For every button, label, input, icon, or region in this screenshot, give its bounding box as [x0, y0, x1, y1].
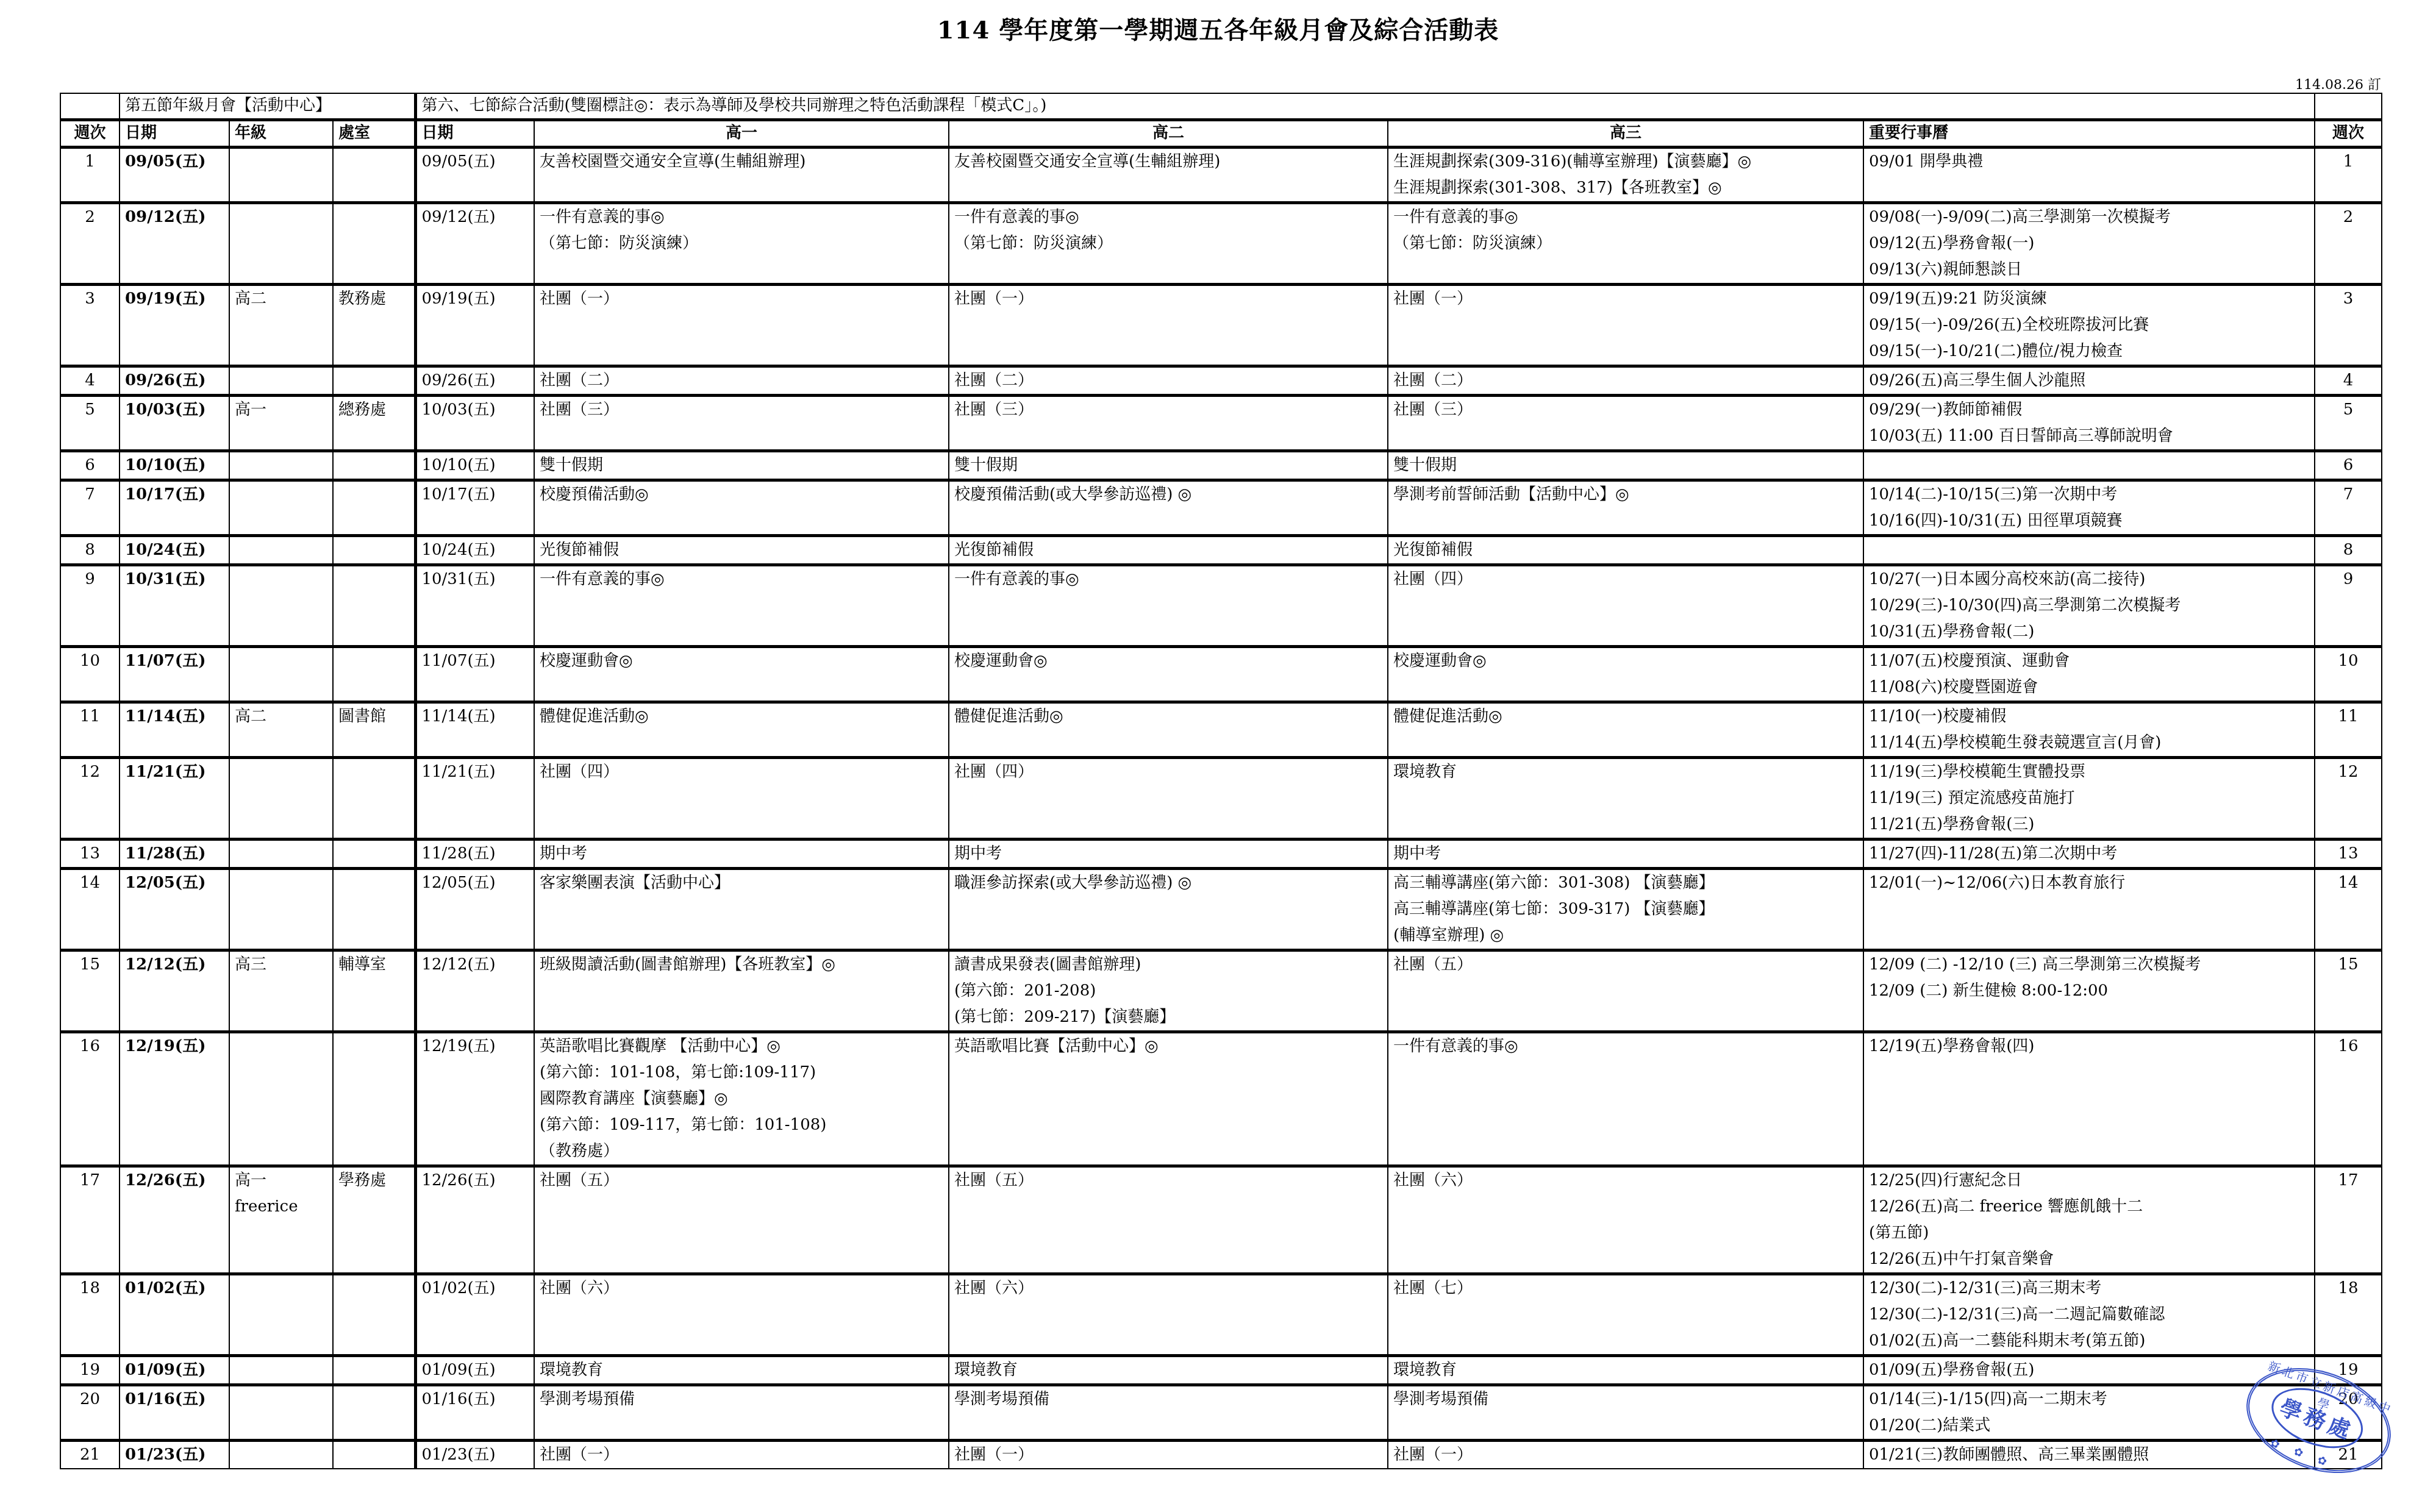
cell-grade [229, 366, 333, 396]
cell-grade10: 社團（五） [534, 1166, 949, 1274]
cell-grade11: 社團（六） [949, 1274, 1388, 1356]
cell-office [333, 366, 415, 396]
cell-grade10: 英語歌唱比賽觀摩 【活動中心】◎(第六節：101-108，第七節:109-117… [534, 1032, 949, 1166]
cell-date2: 10/17(五) [415, 480, 534, 536]
cell-grade [229, 480, 333, 536]
cell-grade12: 體健促進活動◎ [1388, 702, 1863, 758]
cell-grade10-line: （第七節：防災演練） [540, 230, 943, 257]
cell-week: 18 [60, 1274, 120, 1356]
cell-grade10: 期中考 [534, 840, 949, 869]
cell-grade11-line: 社團（二） [954, 368, 1382, 394]
cell-week: 13 [60, 840, 120, 869]
cell-grade10: 一件有意義的事◎ [534, 565, 949, 647]
cell-date2: 01/23(五) [415, 1441, 534, 1469]
cell-grade11: 社團（四） [949, 758, 1388, 840]
cell-week: 20 [60, 1385, 120, 1441]
cell-grade [229, 1356, 333, 1385]
cell-grade10-line: 客家樂團表演【活動中心】 [540, 870, 943, 896]
cell-events-line: (第五節) [1869, 1220, 2309, 1246]
cell-grade10-line: 國際教育講座【演藝廳】◎ [540, 1086, 943, 1112]
cell-grade12-line: 雙十假期 [1393, 452, 1858, 479]
cell-grade12-line: 生涯規劃探索(301-308、317)【各班教室】◎ [1393, 175, 1858, 201]
cell-grade11: 期中考 [949, 840, 1388, 869]
cell-grade10-line: 一件有意義的事◎ [540, 204, 943, 230]
cell-events: 11/10(一)校慶補假11/14(五)學校模範生發表競選宣言(月會) [1863, 702, 2315, 758]
cell-grade11: 英語歌唱比賽【活動中心】◎ [949, 1032, 1388, 1166]
cell-grade: 高一freerice [229, 1166, 333, 1274]
cell-week2: 14 [2315, 869, 2382, 950]
cell-grade12: 光復節補假 [1388, 536, 1863, 565]
cell-week: 16 [60, 1032, 120, 1166]
cell-week: 3 [60, 285, 120, 366]
cell-grade11: 一件有意義的事◎（第七節：防災演練） [949, 203, 1388, 285]
cell-grade10-line: 光復節補假 [540, 537, 943, 563]
cell-week: 9 [60, 565, 120, 647]
cell-grade11-line: （第七節：防災演練） [954, 230, 1382, 257]
cell-week: 12 [60, 758, 120, 840]
cell-grade12-line: 期中考 [1393, 841, 1858, 867]
cell-grade12: 校慶運動會◎ [1388, 647, 1863, 702]
cell-grade12: 社團（一） [1388, 285, 1863, 366]
col-date: 日期 [120, 120, 229, 148]
column-header-row: 週次 日期 年級 處室 日期 高一 高二 高三 重要行事曆 週次 [60, 120, 2382, 148]
cell-week: 11 [60, 702, 120, 758]
cell-grade10: 社團（三） [534, 396, 949, 451]
cell-grade11-line: 社團（六） [954, 1275, 1382, 1302]
cell-events-line: 11/07(五)校慶預演、運動會 [1869, 648, 2309, 674]
cell-grade12-line: 社團（一） [1393, 1442, 1858, 1468]
cell-grade12: 社團（四） [1388, 565, 1863, 647]
cell-office [333, 840, 415, 869]
cell-events-line: 10/31(五)學務會報(二) [1869, 619, 2309, 645]
cell-office [333, 148, 415, 203]
cell-events-line: 12/26(五)高二 freerice 響應飢餓十二 [1869, 1194, 2309, 1220]
cell-grade11: 校慶預備活動(或大學參訪巡禮) ◎ [949, 480, 1388, 536]
cell-week2: 18 [2315, 1274, 2382, 1356]
cell-grade10: 雙十假期 [534, 451, 949, 480]
cell-grade10-line: 社團（一） [540, 1442, 943, 1468]
cell-grade12-line: 社團（六） [1393, 1168, 1858, 1194]
cell-date2: 12/12(五) [415, 950, 534, 1032]
revision-date: 114.08.26 訂 [2295, 74, 2381, 93]
cell-office [333, 1356, 415, 1385]
cell-week: 6 [60, 451, 120, 480]
cell-grade12: 環境教育 [1388, 758, 1863, 840]
cell-grade10: 環境教育 [534, 1356, 949, 1385]
cell-grade10-line: 社團（三） [540, 397, 943, 423]
cell-date: 12/12(五) [120, 950, 229, 1032]
cell-events-line: 10/14(二)-10/15(三)第一次期中考 [1869, 482, 2309, 508]
cell-grade10-line: (第六節：109-117，第七節：101-108) [540, 1112, 943, 1138]
cell-events: 11/19(三)學校模範生實體投票11/19(三) 預定流感疫苗施打11/21(… [1863, 758, 2315, 840]
cell-grade10-line: (第六節：101-108，第七節:109-117) [540, 1060, 943, 1086]
cell-date: 01/09(五) [120, 1356, 229, 1385]
cell-grade10: 光復節補假 [534, 536, 949, 565]
document-title: 114 學年度第一學期週五各年級月會及綜合活動表 [0, 11, 2436, 46]
cell-grade10-line: 體健促進活動◎ [540, 704, 943, 730]
cell-events: 12/09 (二) -12/10 (三) 高三學測第三次模擬考12/09 (二)… [1863, 950, 2315, 1032]
table-row: 710/17(五)10/17(五)校慶預備活動◎校慶預備活動(或大學參訪巡禮) … [60, 480, 2382, 536]
cell-grade10-line: 社團（一） [540, 286, 943, 312]
cell-grade11-line: 校慶運動會◎ [954, 648, 1382, 674]
cell-grade12-line: 學測考場預備 [1393, 1386, 1858, 1413]
cell-grade11-line: 友善校園暨交通安全宣導(生輔組辦理) [954, 149, 1382, 175]
cell-events: 09/29(一)教師節補假10/03(五) 11:00 百日誓師高三導師說明會 [1863, 396, 2315, 451]
cell-events: 01/21(三)教師團體照、高三畢業團體照 [1863, 1441, 2315, 1469]
cell-week2: 12 [2315, 758, 2382, 840]
cell-grade-line: 高一 [235, 397, 327, 423]
cell-date2: 09/19(五) [415, 285, 534, 366]
cell-grade-line: 高二 [235, 704, 327, 730]
cell-office [333, 647, 415, 702]
table-row: 1111/14(五)高二圖書館11/14(五)體健促進活動◎體健促進活動◎體健促… [60, 702, 2382, 758]
cell-grade: 高二 [229, 702, 333, 758]
cell-week2: 9 [2315, 565, 2382, 647]
cell-events-line: 11/10(一)校慶補假 [1869, 704, 2309, 730]
cell-week: 19 [60, 1356, 120, 1385]
cell-grade10-line: 社團（六） [540, 1275, 943, 1302]
cell-grade10-line: 一件有意義的事◎ [540, 566, 943, 593]
table-row: 309/19(五)高二教務處09/19(五)社團（一）社團（一）社團（一）09/… [60, 285, 2382, 366]
cell-grade11-line: 社團（三） [954, 397, 1382, 423]
cell-events-line: 09/19(五)9:21 防災演練 [1869, 286, 2309, 312]
cell-week2: 15 [2315, 950, 2382, 1032]
cell-grade12: 社團（七） [1388, 1274, 1863, 1356]
cell-date: 10/17(五) [120, 480, 229, 536]
cell-grade10: 班級閱讀活動(圖書館辦理)【各班教室】◎ [534, 950, 949, 1032]
cell-grade11-line: 光復節補假 [954, 537, 1382, 563]
cell-office [333, 1385, 415, 1441]
cell-grade12: 社團（二） [1388, 366, 1863, 396]
cell-grade12-line: （第七節：防災演練） [1393, 230, 1858, 257]
cell-events-line: 09/15(一)-09/26(五)全校班際拔河比賽 [1869, 312, 2309, 338]
cell-events-line: 09/01 開學典禮 [1869, 149, 2309, 175]
cell-week: 14 [60, 869, 120, 950]
table-row: 1412/05(五)12/05(五)客家樂團表演【活動中心】職涯參訪探索(或大學… [60, 869, 2382, 950]
cell-date2: 10/10(五) [415, 451, 534, 480]
cell-events-line: 01/02(五)高一二藝能科期末考(第五節) [1869, 1328, 2309, 1354]
cell-week2: 11 [2315, 702, 2382, 758]
cell-week: 15 [60, 950, 120, 1032]
cell-grade [229, 869, 333, 950]
cell-grade12: 一件有意義的事◎ [1388, 1032, 1863, 1166]
cell-grade [229, 1032, 333, 1166]
cell-date2: 09/26(五) [415, 366, 534, 396]
cell-grade12: 高三輔導講座(第六節：301-308) 【演藝廳】高三輔導講座(第七節：309-… [1388, 869, 1863, 950]
cell-grade12: 期中考 [1388, 840, 1863, 869]
cell-events-line: 12/19(五)學務會報(四) [1869, 1033, 2309, 1060]
cell-grade12: 社團（一） [1388, 1441, 1863, 1469]
cell-grade12: 生涯規劃探索(309-316)(輔導室辦理)【演藝廳】◎生涯規劃探索(301-3… [1388, 148, 1863, 203]
cell-grade [229, 1274, 333, 1356]
cell-grade [229, 647, 333, 702]
cell-events: 09/01 開學典禮 [1863, 148, 2315, 203]
cell-week: 5 [60, 396, 120, 451]
cell-events-line: 01/09(五)學務會報(五) [1869, 1357, 2309, 1383]
cell-office [333, 758, 415, 840]
cell-grade [229, 203, 333, 285]
cell-events: 11/27(四)-11/28(五)第二次期中考 [1863, 840, 2315, 869]
cell-week2: 5 [2315, 396, 2382, 451]
cell-office [333, 1441, 415, 1469]
cell-grade12: 雙十假期 [1388, 451, 1863, 480]
cell-grade11: 社團（一） [949, 1441, 1388, 1469]
col-grade12: 高三 [1388, 120, 1863, 148]
cell-grade12-line: 一件有意義的事◎ [1393, 1033, 1858, 1060]
header-session-row: 第五節年級月會【活動中心】 第六、七節綜合活動(雙圈標註◎：表示為導師及學校共同… [60, 93, 2382, 120]
cell-week2: 10 [2315, 647, 2382, 702]
cell-grade12-line: 社團（四） [1393, 566, 1858, 593]
col-date2: 日期 [415, 120, 534, 148]
table-row: 1801/02(五)01/02(五)社團（六）社團（六）社團（七）12/30(二… [60, 1274, 2382, 1356]
cell-grade: 高三 [229, 950, 333, 1032]
table-row: 209/12(五)09/12(五)一件有意義的事◎（第七節：防災演練）一件有意義… [60, 203, 2382, 285]
cell-grade10: 校慶運動會◎ [534, 647, 949, 702]
cell-date: 01/23(五) [120, 1441, 229, 1469]
cell-grade12: 環境教育 [1388, 1356, 1863, 1385]
header-period67: 第六、七節綜合活動(雙圈標註◎：表示為導師及學校共同辦理之特色活動課程「模式C」… [415, 93, 2315, 120]
cell-grade12-line: 生涯規劃探索(309-316)(輔導室辦理)【演藝廳】◎ [1393, 149, 1858, 175]
cell-events: 12/19(五)學務會報(四) [1863, 1032, 2315, 1166]
cell-grade12: 學測考前誓師活動【活動中心】◎ [1388, 480, 1863, 536]
cell-grade10-line: 社團（四） [540, 759, 943, 785]
cell-grade [229, 451, 333, 480]
cell-events [1863, 451, 2315, 480]
cell-date: 09/26(五) [120, 366, 229, 396]
cell-office [333, 869, 415, 950]
cell-week: 7 [60, 480, 120, 536]
cell-week2: 16 [2315, 1032, 2382, 1166]
col-week2: 週次 [2315, 120, 2382, 148]
cell-grade11-line: 一件有意義的事◎ [954, 204, 1382, 230]
cell-events: 10/27(一)日本國分高校來訪(高二接待)10/29(三)-10/30(四)高… [1863, 565, 2315, 647]
cell-office [333, 565, 415, 647]
col-office: 處室 [333, 120, 415, 148]
cell-events-line: 09/08(一)-9/09(二)高三學測第一次模擬考 [1869, 204, 2309, 230]
cell-week2: 1 [2315, 148, 2382, 203]
cell-date: 11/07(五) [120, 647, 229, 702]
cell-office [333, 1032, 415, 1166]
cell-date2: 09/12(五) [415, 203, 534, 285]
cell-grade12-line: 光復節補假 [1393, 537, 1858, 563]
cell-events-line: 12/26(五)中午打氣音樂會 [1869, 1246, 2309, 1272]
cell-events-line: 11/19(三)學校模範生實體投票 [1869, 759, 2309, 785]
cell-date2: 11/14(五) [415, 702, 534, 758]
cell-date2: 10/03(五) [415, 396, 534, 451]
cell-grade11-line: 環境教育 [954, 1357, 1382, 1383]
cell-office: 教務處 [333, 285, 415, 366]
cell-grade-line: 高一 [235, 1168, 327, 1194]
cell-office [333, 203, 415, 285]
cell-date: 09/05(五) [120, 148, 229, 203]
cell-date: 01/02(五) [120, 1274, 229, 1356]
cell-office: 學務處 [333, 1166, 415, 1274]
header-period5: 第五節年級月會【活動中心】 [120, 93, 415, 120]
cell-grade10: 學測考場預備 [534, 1385, 949, 1441]
col-week: 週次 [60, 120, 120, 148]
cell-grade11: 社團（二） [949, 366, 1388, 396]
cell-grade10: 友善校園暨交通安全宣導(生輔組辦理) [534, 148, 949, 203]
cell-week2: 13 [2315, 840, 2382, 869]
cell-grade11-line: (第六節：201-208) [954, 978, 1382, 1004]
cell-events-line: 11/08(六)校慶暨園遊會 [1869, 674, 2309, 701]
table-row: 109/05(五)09/05(五)友善校園暨交通安全宣導(生輔組辦理)友善校園暨… [60, 148, 2382, 203]
cell-grade12-line: 社團（一） [1393, 286, 1858, 312]
cell-grade11-line: 社團（一） [954, 286, 1382, 312]
cell-grade10-line: 班級閱讀活動(圖書館辦理)【各班教室】◎ [540, 952, 943, 978]
cell-date: 12/05(五) [120, 869, 229, 950]
cell-events-line: 12/09 (二) -12/10 (三) 高三學測第三次模擬考 [1869, 952, 2309, 978]
cell-events-line: 10/03(五) 11:00 百日誓師高三導師說明會 [1869, 423, 2309, 449]
cell-events-line: 09/13(六)親師懇談日 [1869, 257, 2309, 283]
cell-date: 09/12(五) [120, 203, 229, 285]
cell-events: 12/30(二)-12/31(三)高三期末考12/30(二)-12/31(三)高… [1863, 1274, 2315, 1356]
cell-grade12-line: 校慶運動會◎ [1393, 648, 1858, 674]
cell-grade11-line: 英語歌唱比賽【活動中心】◎ [954, 1033, 1382, 1060]
table-row: 510/03(五)高一總務處10/03(五)社團（三）社團（三）社團（三）09/… [60, 396, 2382, 451]
table-row: 1512/12(五)高三輔導室12/12(五)班級閱讀活動(圖書館辦理)【各班教… [60, 950, 2382, 1032]
cell-events [1863, 536, 2315, 565]
cell-grade11: 社團（三） [949, 396, 1388, 451]
cell-date2: 01/16(五) [415, 1385, 534, 1441]
cell-date: 09/19(五) [120, 285, 229, 366]
cell-grade11: 校慶運動會◎ [949, 647, 1388, 702]
cell-events-line: 11/19(三) 預定流感疫苗施打 [1869, 785, 2309, 811]
cell-events: 09/19(五)9:21 防災演練09/15(一)-09/26(五)全校班際拔河… [1863, 285, 2315, 366]
cell-office [333, 480, 415, 536]
cell-office [333, 536, 415, 565]
cell-grade11-line: 雙十假期 [954, 452, 1382, 479]
cell-grade12-line: 環境教育 [1393, 1357, 1858, 1383]
cell-grade10-line: 英語歌唱比賽觀摩 【活動中心】◎ [540, 1033, 943, 1060]
cell-events-line: 09/15(一)-10/21(二)體位/視力檢查 [1869, 338, 2309, 365]
cell-events: 12/25(四)行憲紀念日12/26(五)高二 freerice 響應飢餓十二(… [1863, 1166, 2315, 1274]
cell-grade10-line: 社團（二） [540, 368, 943, 394]
cell-date2: 10/31(五) [415, 565, 534, 647]
cell-week: 8 [60, 536, 120, 565]
table-row: 1712/26(五)高一freerice學務處12/26(五)社團（五）社團（五… [60, 1166, 2382, 1274]
cell-grade11: 環境教育 [949, 1356, 1388, 1385]
cell-events-line: 01/21(三)教師團體照、高三畢業團體照 [1869, 1442, 2309, 1468]
cell-events-line: 10/16(四)-10/31(五) 田徑單項競賽 [1869, 508, 2309, 534]
cell-events-line: 09/12(五)學務會報(一) [1869, 230, 2309, 257]
cell-grade11-line: (第七節：209-217)【演藝廳】 [954, 1004, 1382, 1030]
cell-grade12-line: 體健促進活動◎ [1393, 704, 1858, 730]
cell-week: 2 [60, 203, 120, 285]
cell-grade [229, 148, 333, 203]
table-row: 910/31(五)10/31(五)一件有意義的事◎一件有意義的事◎社團（四）10… [60, 565, 2382, 647]
cell-grade10-line: 期中考 [540, 841, 943, 867]
cell-grade12-line: 社團（三） [1393, 397, 1858, 423]
cell-grade11-line: 社團（一） [954, 1442, 1382, 1468]
cell-grade10: 體健促進活動◎ [534, 702, 949, 758]
cell-events-line: 11/14(五)學校模範生發表競選宣言(月會) [1869, 730, 2309, 756]
cell-grade11-line: 社團（五） [954, 1168, 1382, 1194]
cell-week: 10 [60, 647, 120, 702]
cell-date2: 01/02(五) [415, 1274, 534, 1356]
cell-events-line: 09/26(五)高三學生個人沙龍照 [1869, 368, 2309, 394]
table-row: 2001/16(五)01/16(五)學測考場預備學測考場預備學測考場預備01/1… [60, 1385, 2382, 1441]
cell-events-line: 11/21(五)學務會報(三) [1869, 811, 2309, 838]
cell-date2: 10/24(五) [415, 536, 534, 565]
cell-date2: 12/19(五) [415, 1032, 534, 1166]
cell-grade11-line: 社團（四） [954, 759, 1382, 785]
cell-grade [229, 1385, 333, 1441]
cell-grade10: 社團（二） [534, 366, 949, 396]
cell-grade: 高二 [229, 285, 333, 366]
cell-date2: 11/07(五) [415, 647, 534, 702]
cell-grade12: 社團（三） [1388, 396, 1863, 451]
cell-week: 1 [60, 148, 120, 203]
schedule-table: 第五節年級月會【活動中心】 第六、七節綜合活動(雙圈標註◎：表示為導師及學校共同… [60, 93, 2382, 1469]
cell-grade11: 光復節補假 [949, 536, 1388, 565]
table-row: 1612/19(五)12/19(五)英語歌唱比賽觀摩 【活動中心】◎(第六節：1… [60, 1032, 2382, 1166]
cell-grade [229, 1441, 333, 1469]
cell-date: 11/21(五) [120, 758, 229, 840]
cell-grade10-line: 雙十假期 [540, 452, 943, 479]
cell-grade10-line: 校慶預備活動◎ [540, 482, 943, 508]
cell-week2: 8 [2315, 536, 2382, 565]
cell-date2: 12/05(五) [415, 869, 534, 950]
table-row: 2101/23(五)01/23(五)社團（一）社團（一）社團（一）01/21(三… [60, 1441, 2382, 1469]
cell-grade12-line: 高三輔導講座(第六節：301-308) 【演藝廳】 [1393, 870, 1858, 896]
cell-grade10-line: 學測考場預備 [540, 1386, 943, 1413]
cell-date: 10/24(五) [120, 536, 229, 565]
cell-office [333, 1274, 415, 1356]
cell-events-line: 12/25(四)行憲紀念日 [1869, 1168, 2309, 1194]
cell-grade12-line: 社團（五） [1393, 952, 1858, 978]
cell-week2: 3 [2315, 285, 2382, 366]
table-row: 1311/28(五)11/28(五)期中考期中考期中考11/27(四)-11/2… [60, 840, 2382, 869]
cell-grade12-line: 社團（二） [1393, 368, 1858, 394]
cell-date2: 11/28(五) [415, 840, 534, 869]
cell-grade10: 社團（四） [534, 758, 949, 840]
cell-grade12-line: 一件有意義的事◎ [1393, 204, 1858, 230]
cell-week: 17 [60, 1166, 120, 1274]
cell-grade [229, 565, 333, 647]
cell-office: 圖書館 [333, 702, 415, 758]
schedule-body: 109/05(五)09/05(五)友善校園暨交通安全宣導(生輔組辦理)友善校園暨… [60, 148, 2382, 1469]
cell-date: 10/03(五) [120, 396, 229, 451]
table-row: 1011/07(五)11/07(五)校慶運動會◎校慶運動會◎校慶運動會◎11/0… [60, 647, 2382, 702]
cell-grade [229, 840, 333, 869]
table-row: 1211/21(五)11/21(五)社團（四）社團（四）環境教育11/19(三)… [60, 758, 2382, 840]
cell-events: 12/01(一)~12/06(六)日本教育旅行 [1863, 869, 2315, 950]
col-grade10: 高一 [534, 120, 949, 148]
cell-grade [229, 758, 333, 840]
cell-events-line: 12/09 (二) 新生健檢 8:00-12:00 [1869, 978, 2309, 1004]
cell-grade10: 社團（六） [534, 1274, 949, 1356]
cell-grade11: 雙十假期 [949, 451, 1388, 480]
col-events: 重要行事曆 [1863, 120, 2315, 148]
cell-grade10: 社團（一） [534, 1441, 949, 1469]
cell-grade11: 體健促進活動◎ [949, 702, 1388, 758]
cell-grade10: 校慶預備活動◎ [534, 480, 949, 536]
cell-grade [229, 536, 333, 565]
cell-grade12-line: 學測考前誓師活動【活動中心】◎ [1393, 482, 1858, 508]
cell-grade12-line: (輔導室辦理) ◎ [1393, 922, 1858, 949]
cell-grade11-line: 讀書成果發表(圖書館辦理) [954, 952, 1382, 978]
cell-grade10: 客家樂團表演【活動中心】 [534, 869, 949, 950]
cell-events: 10/14(二)-10/15(三)第一次期中考10/16(四)-10/31(五)… [1863, 480, 2315, 536]
cell-grade11: 社團（一） [949, 285, 1388, 366]
col-grade11: 高二 [949, 120, 1388, 148]
cell-grade11: 一件有意義的事◎ [949, 565, 1388, 647]
cell-events-line: 11/27(四)-11/28(五)第二次期中考 [1869, 841, 2309, 867]
cell-week2: 2 [2315, 203, 2382, 285]
cell-date2: 12/26(五) [415, 1166, 534, 1274]
cell-grade11-line: 職涯參訪探索(或大學參訪巡禮) ◎ [954, 870, 1382, 896]
